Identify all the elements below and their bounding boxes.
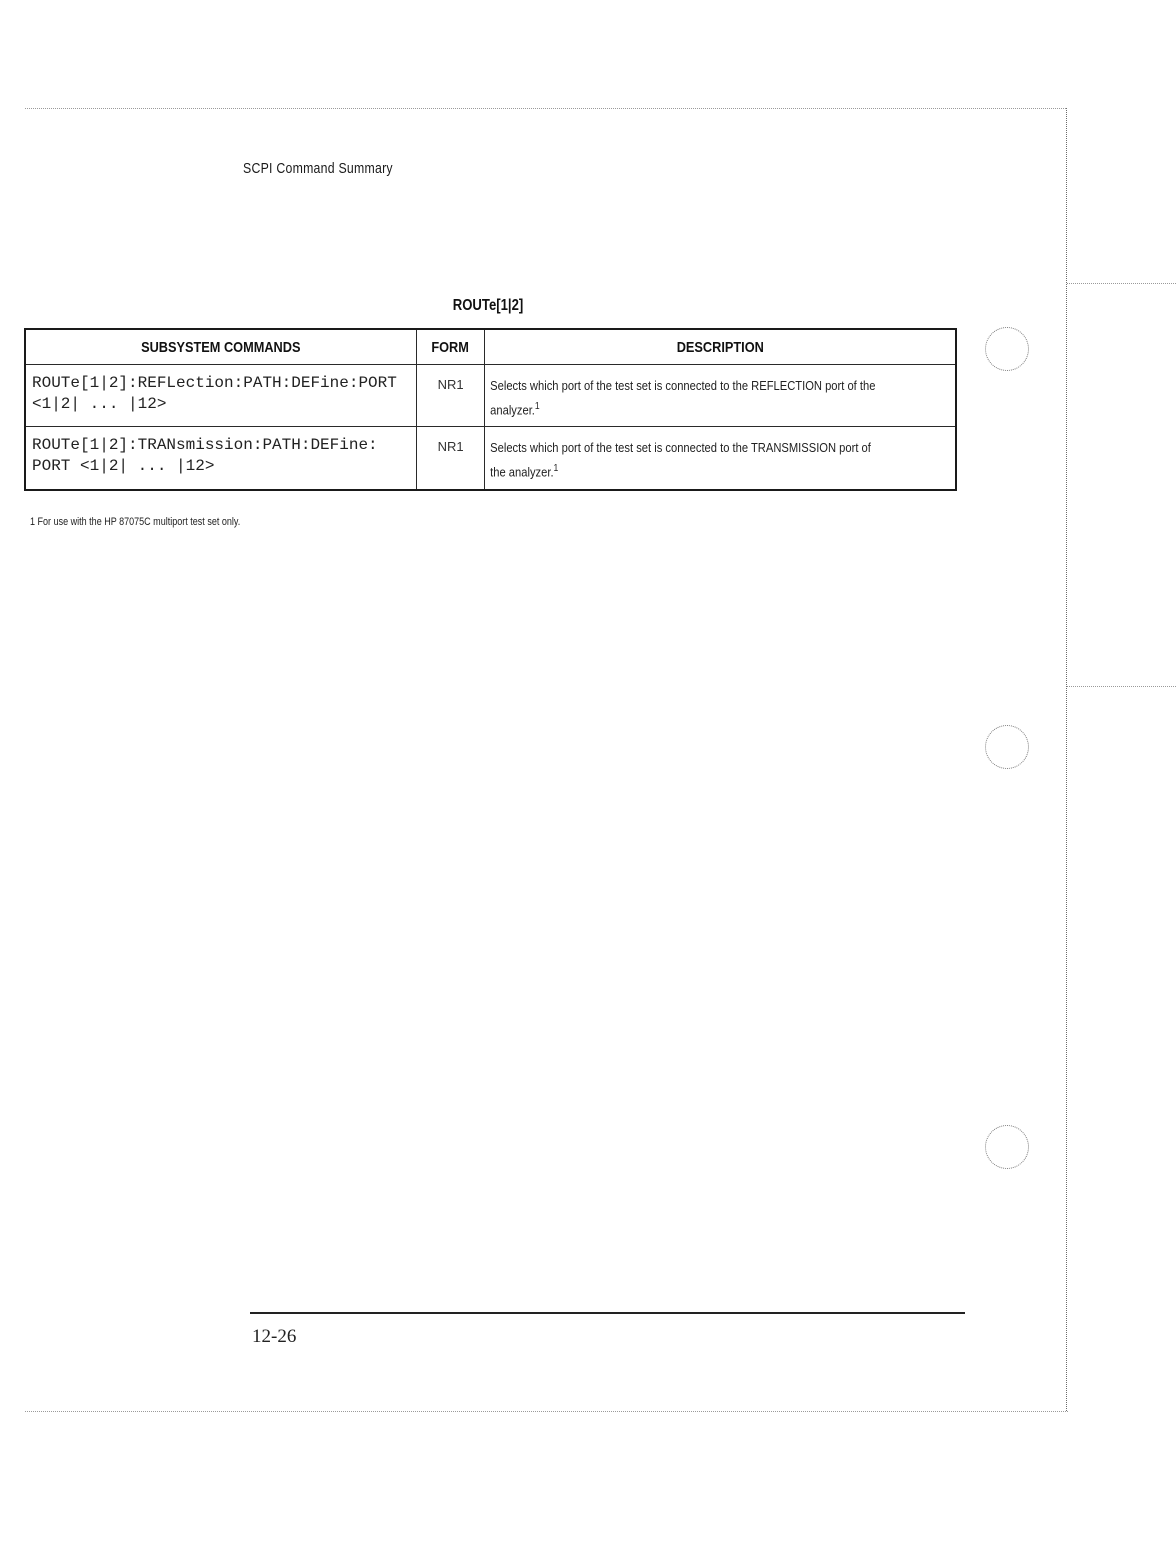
description-text: Selects which port of the test set is co… — [490, 440, 871, 479]
binder-hole-top — [985, 327, 1029, 371]
form-cell: NR1 — [417, 365, 485, 427]
form-text: NR1 — [417, 427, 484, 454]
header-label: SUBSYSTEM COMMANDS — [141, 339, 300, 356]
page-number: 12-26 — [252, 1326, 296, 1348]
header-label: FORM — [432, 339, 470, 356]
tab-divider-upper — [1067, 283, 1176, 284]
table-header-row: SUBSYSTEM COMMANDS FORM DESCRIPTION — [25, 329, 956, 365]
tab-divider-lower — [1067, 686, 1176, 687]
command-table: SUBSYSTEM COMMANDS FORM DESCRIPTION ROUT… — [24, 328, 957, 491]
footnote-text: For use with the HP 87075C multiport tes… — [38, 516, 241, 528]
binder-hole-bottom — [985, 1125, 1029, 1169]
page-edge-top — [25, 108, 1066, 109]
command-cell: ROUTe[1|2]:REFLection:PATH:DEFine:PORT <… — [25, 365, 417, 427]
header-description: DESCRIPTION — [485, 329, 957, 365]
running-head: SCPI Command Summary — [243, 160, 393, 177]
command-text: ROUTe[1|2]:REFLection:PATH:DEFine:PORT <… — [26, 365, 416, 418]
table-title: ROUTe[1|2] — [439, 297, 537, 315]
command-text: ROUTe[1|2]:TRANsmission:PATH:DEFine: POR… — [26, 427, 416, 480]
header-form: FORM — [417, 329, 485, 365]
footnote-marker: 1 — [30, 516, 35, 528]
footnote: 1 For use with the HP 87075C multiport t… — [30, 516, 240, 528]
form-text: NR1 — [417, 365, 484, 392]
command-cell: ROUTe[1|2]:TRANsmission:PATH:DEFine: POR… — [25, 427, 417, 491]
description-cell: Selects which port of the test set is co… — [485, 427, 957, 491]
binder-hole-middle — [985, 725, 1029, 769]
footnote-ref: 1 — [535, 401, 540, 412]
header-label: DESCRIPTION — [676, 339, 763, 356]
form-cell: NR1 — [417, 427, 485, 491]
page-edge-right — [1066, 108, 1067, 1411]
table-row: ROUTe[1|2]:REFLection:PATH:DEFine:PORT <… — [25, 365, 956, 427]
header-subsystem-commands: SUBSYSTEM COMMANDS — [25, 329, 417, 365]
description-text: Selects which port of the test set is co… — [490, 378, 875, 417]
description-cell: Selects which port of the test set is co… — [485, 365, 957, 427]
page-edge-bottom — [25, 1411, 1068, 1412]
footer-rule — [250, 1312, 965, 1314]
footnote-ref: 1 — [554, 463, 559, 474]
table-row: ROUTe[1|2]:TRANsmission:PATH:DEFine: POR… — [25, 427, 956, 491]
